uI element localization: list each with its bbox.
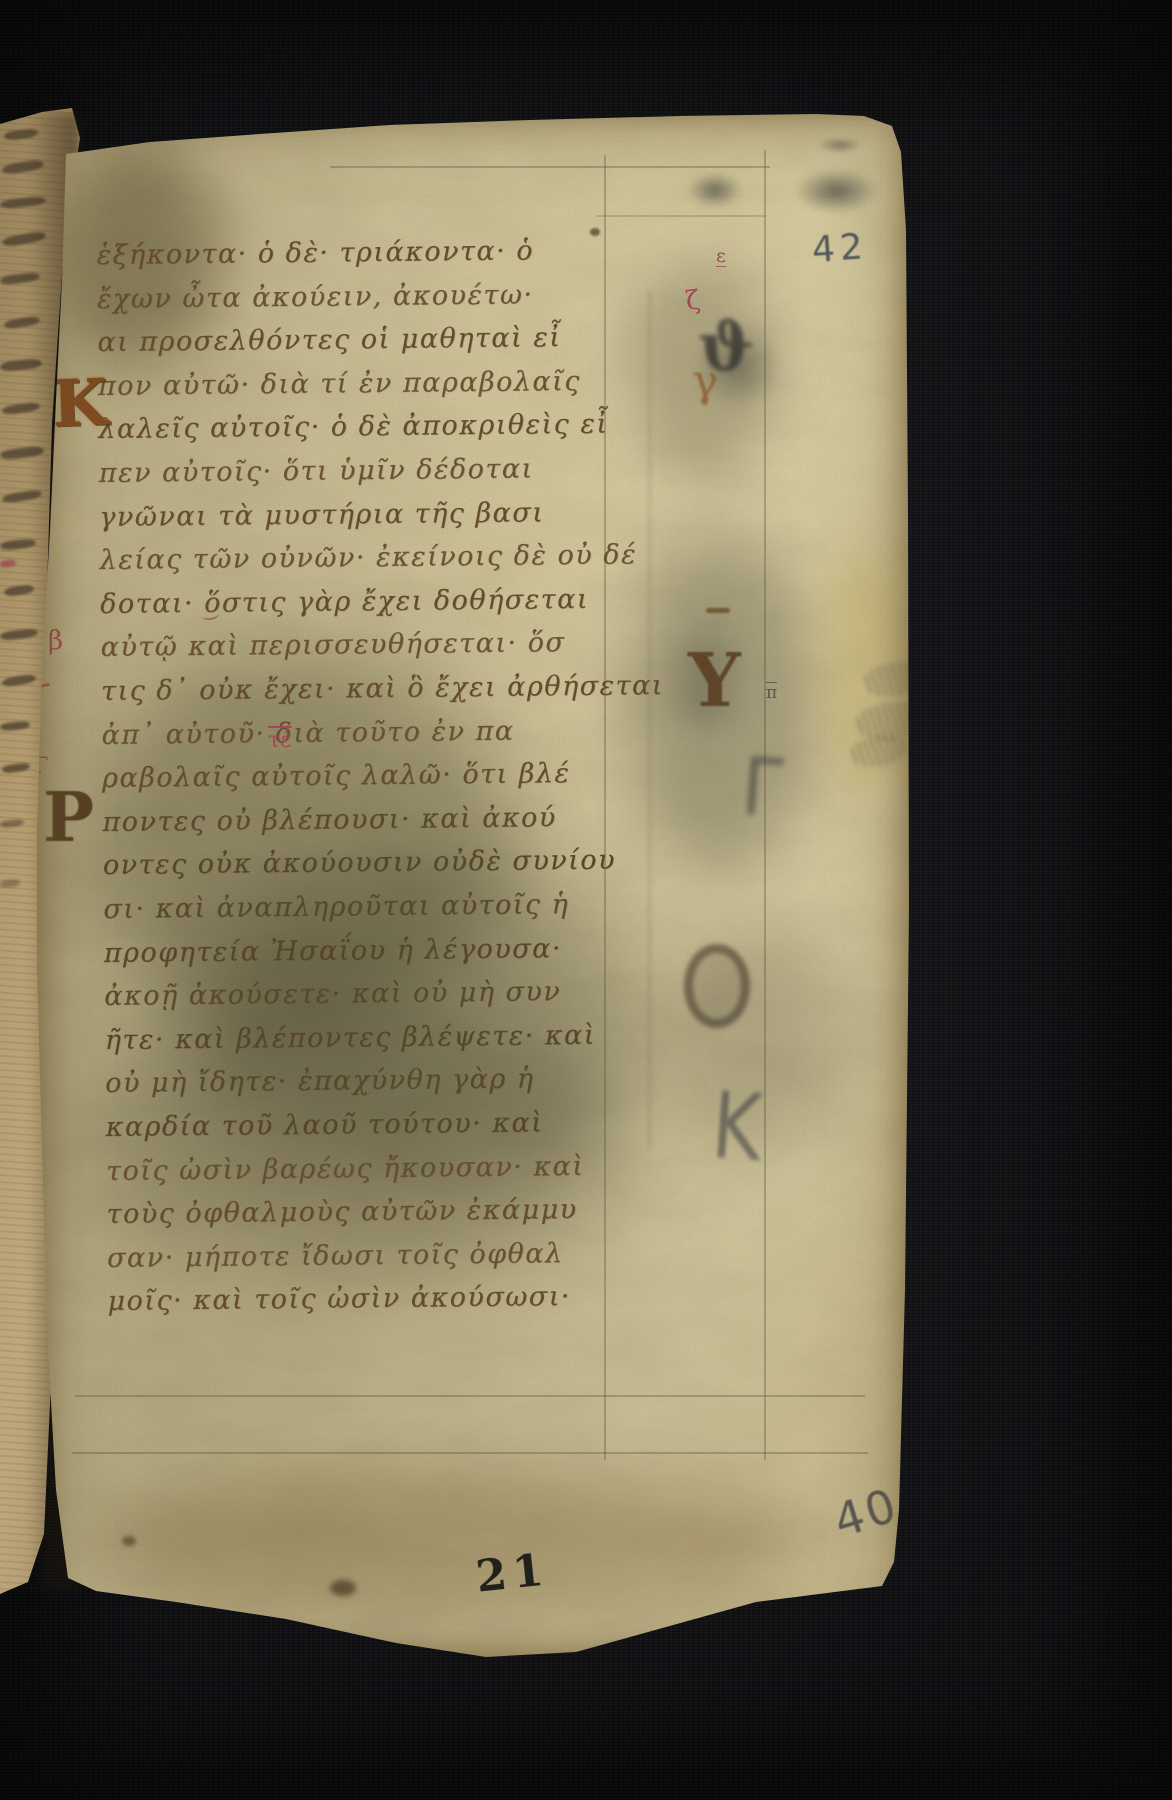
- text-line: ῆτε· καὶ βλέποντες βλέψετε· καὶ: [105, 1016, 597, 1065]
- fore-edge-red-mark: [0, 559, 16, 568]
- margin-pi: π: [766, 682, 777, 703]
- text-line: σι· καὶ ἀναπληροῦται αὐτοῖς ἡ: [103, 885, 569, 934]
- margin-gamma-smudge: Γ: [739, 741, 785, 836]
- smudge-cloud: [648, 588, 763, 773]
- speck: [122, 1536, 136, 1546]
- fore-edge-text-mark: [0, 879, 20, 888]
- text-line: ἀπ᾽ αὐτοῦ· διὰ τοῦτο ἐν πα: [101, 712, 514, 760]
- text-line: ποντες οὐ βλέπουσι· καὶ ἀκού: [102, 798, 557, 847]
- ruled-vertical-line: [764, 150, 766, 1460]
- stain: [670, 930, 850, 1150]
- text-line: προφητεία Ἠσαΐου ἡ λέγουσα·: [104, 929, 563, 978]
- text-line: λαλεῖς αὐτοῖς· ὁ δὲ ἀποκριθεὶς εἶ: [98, 405, 609, 454]
- dark-o-mark: [684, 944, 750, 1028]
- greek-text-block: ἑξήκοντα· ὁ δὲ· τριάκοντα· ὁ ἔχων ὦτα ἀκ…: [95, 104, 625, 110]
- text-line: σαν· μήποτε ἴδωσι τοῖς ὀφθαλ: [107, 1234, 564, 1283]
- illegible-pencil-scribble: [860, 657, 931, 701]
- text-line: τοῖς ὠσὶν βαρέως ἤκουσαν· καὶ: [106, 1147, 585, 1196]
- illegible-top-smudge: [782, 162, 892, 220]
- manuscript-photograph: ἑξήκοντα· ὁ δὲ· τριάκοντα· ὁ ἔχων ὦτα ἀκ…: [0, 0, 1172, 1800]
- stain: [90, 1470, 810, 1610]
- text-line: ραβολαῖς αὐτοῖς λαλῶ· ὅτι βλέ: [102, 754, 571, 803]
- speck: [330, 1580, 356, 1596]
- crease: [648, 290, 651, 1150]
- ink-smudge: [678, 306, 798, 426]
- text-line: λείας τῶν οὐνῶν· ἐκείνοις δὲ οὐ δέ: [100, 535, 638, 585]
- ruled-vertical-line: [604, 155, 606, 1460]
- text-line: γνῶναι τὰ μυστήρια τῆς βασι: [99, 493, 545, 542]
- illegible-top-smudge: [812, 136, 868, 154]
- folio-number-pencil-42: 42: [811, 226, 870, 271]
- illegible-pencil-scribble: [846, 731, 910, 771]
- text-line: οντες οὐκ ἀκούουσιν οὐδὲ συνίου: [103, 841, 616, 890]
- dash-mark: [706, 608, 730, 613]
- ruled-horizontal-line: [596, 215, 766, 217]
- dark-letter-mark: ϑ: [698, 308, 754, 386]
- text-line: μοῖς· καὶ τοῖς ὠσὶν ἀκούσωσι·: [107, 1277, 571, 1326]
- text-line: αὐτῷ καὶ περισσευθήσεται· ὅσ: [100, 623, 565, 672]
- stain: [630, 260, 780, 480]
- margin-upsilon: Υ: [688, 638, 741, 724]
- fore-edge-text-mark: [2, 762, 31, 774]
- ruled-horizontal-line: [330, 166, 770, 168]
- text-line: καρδία τοῦ λαοῦ τούτου· καὶ: [105, 1103, 543, 1152]
- folio-number-pencil-40: 40: [828, 1478, 906, 1549]
- text-line: τοὺς ὀφθαλμοὺς αὐτῶν ἐκάμμυ: [106, 1190, 577, 1239]
- ruled-horizontal-line: [72, 1452, 868, 1454]
- orange-gamma-mark: γ: [692, 356, 718, 407]
- parchment-leaf: ἑξήκοντα· ὁ δὲ· τριάκοντα· ὁ ἔχων ὦτα ἀκ…: [30, 110, 912, 1670]
- illegible-top-smudge: [680, 168, 750, 212]
- text-line: τις δ᾽ οὐκ ἔχει· καὶ ὃ ἔχει ἀρθήσεται: [101, 666, 664, 716]
- pencil-kappa-mark: Κ: [709, 1072, 766, 1182]
- left-margin-red-beta: β: [48, 626, 63, 656]
- text-line: ἑξήκοντα· ὁ δὲ· τριάκοντα· ὁ: [96, 231, 534, 280]
- ruled-horizontal-line: [75, 1395, 865, 1397]
- text-line: οὐ μὴ ἴδητε· ἐπαχύνθη γὰρ ἡ: [105, 1059, 535, 1107]
- text-line: πον αὐτῶ· διὰ τί ἐν παραβολαῖς: [98, 362, 581, 411]
- speck: [590, 228, 600, 236]
- right-margin-red-epsilon: ε: [716, 246, 726, 267]
- text-line: δοται· ὅστις γὰρ ἔχει δοθήσεται: [100, 580, 589, 629]
- initial-rho: Ρ: [43, 778, 94, 858]
- text-line: ἔχων ὦτα ἀκούειν, ἀκουέτω·: [97, 275, 534, 324]
- text-line: αι προσελθόντες οἱ μαθηταὶ εἶ: [97, 318, 561, 367]
- text-line: πεν αὐτοῖς· ὅτι ὑμῖν δέδοται: [99, 449, 534, 498]
- right-margin-red-zeta: ζ: [684, 285, 702, 317]
- fore-edge-text-mark: [0, 720, 30, 731]
- quire-number-ink-21: 21: [474, 1544, 552, 1602]
- fore-edge-text-mark: [0, 819, 24, 829]
- text-line: ἀκοῇ ἀκούσετε· καὶ οὐ μὴ συν: [104, 972, 561, 1021]
